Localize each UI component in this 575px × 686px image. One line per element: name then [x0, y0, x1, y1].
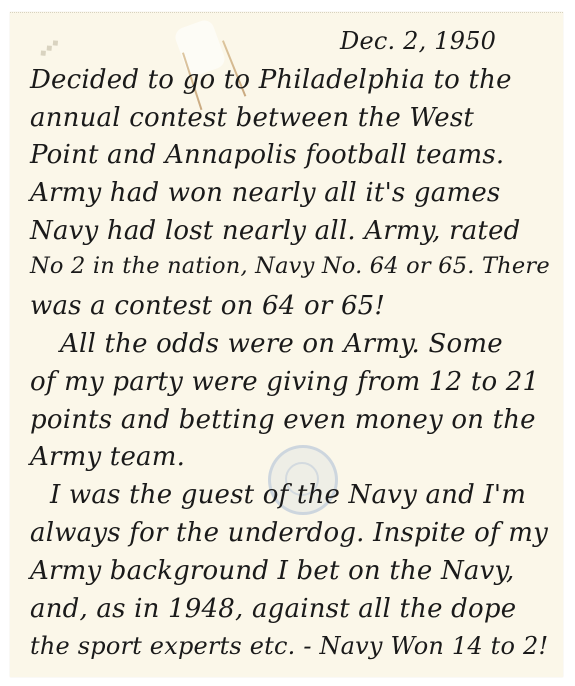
letter-line: and, as in 1948, against all the dope	[30, 594, 516, 624]
letter-line: Navy had lost nearly all. Army, rated	[30, 216, 521, 246]
letter-line: was a contest on 64 or 65!	[30, 291, 385, 321]
letter-line: All the odds were on Army. Some	[60, 329, 503, 359]
letter-line: No 2 in the nation, Navy No. 64 or 65. T…	[30, 253, 550, 279]
letter-line: Army background I bet on the Navy,	[30, 556, 514, 586]
letter-line: always for the underdog. Inspite of my	[30, 518, 548, 548]
letter-page: ◆◆◆ Dec. 2, 1950 Decided to go to Philad…	[10, 12, 563, 677]
letter-line: Point and Annapolis football teams.	[30, 140, 504, 170]
letter-line: of my party were giving from 12 to 21	[30, 367, 539, 397]
embossed-mark: ◆◆◆	[38, 37, 63, 60]
letter-line: Army team.	[30, 442, 185, 472]
letter-line: points and betting even money on the	[30, 405, 536, 435]
letter-line: Decided to go to Philadelphia to the	[30, 65, 512, 95]
letter-line: I was the guest of the Navy and I'm	[50, 480, 526, 510]
letter-line: Army had won nearly all it's games	[30, 178, 500, 208]
letter-date: Dec. 2, 1950	[340, 27, 496, 55]
letter-line: annual contest between the West	[30, 103, 474, 133]
letter-line: the sport experts etc. - Navy Won 14 to …	[30, 632, 548, 660]
